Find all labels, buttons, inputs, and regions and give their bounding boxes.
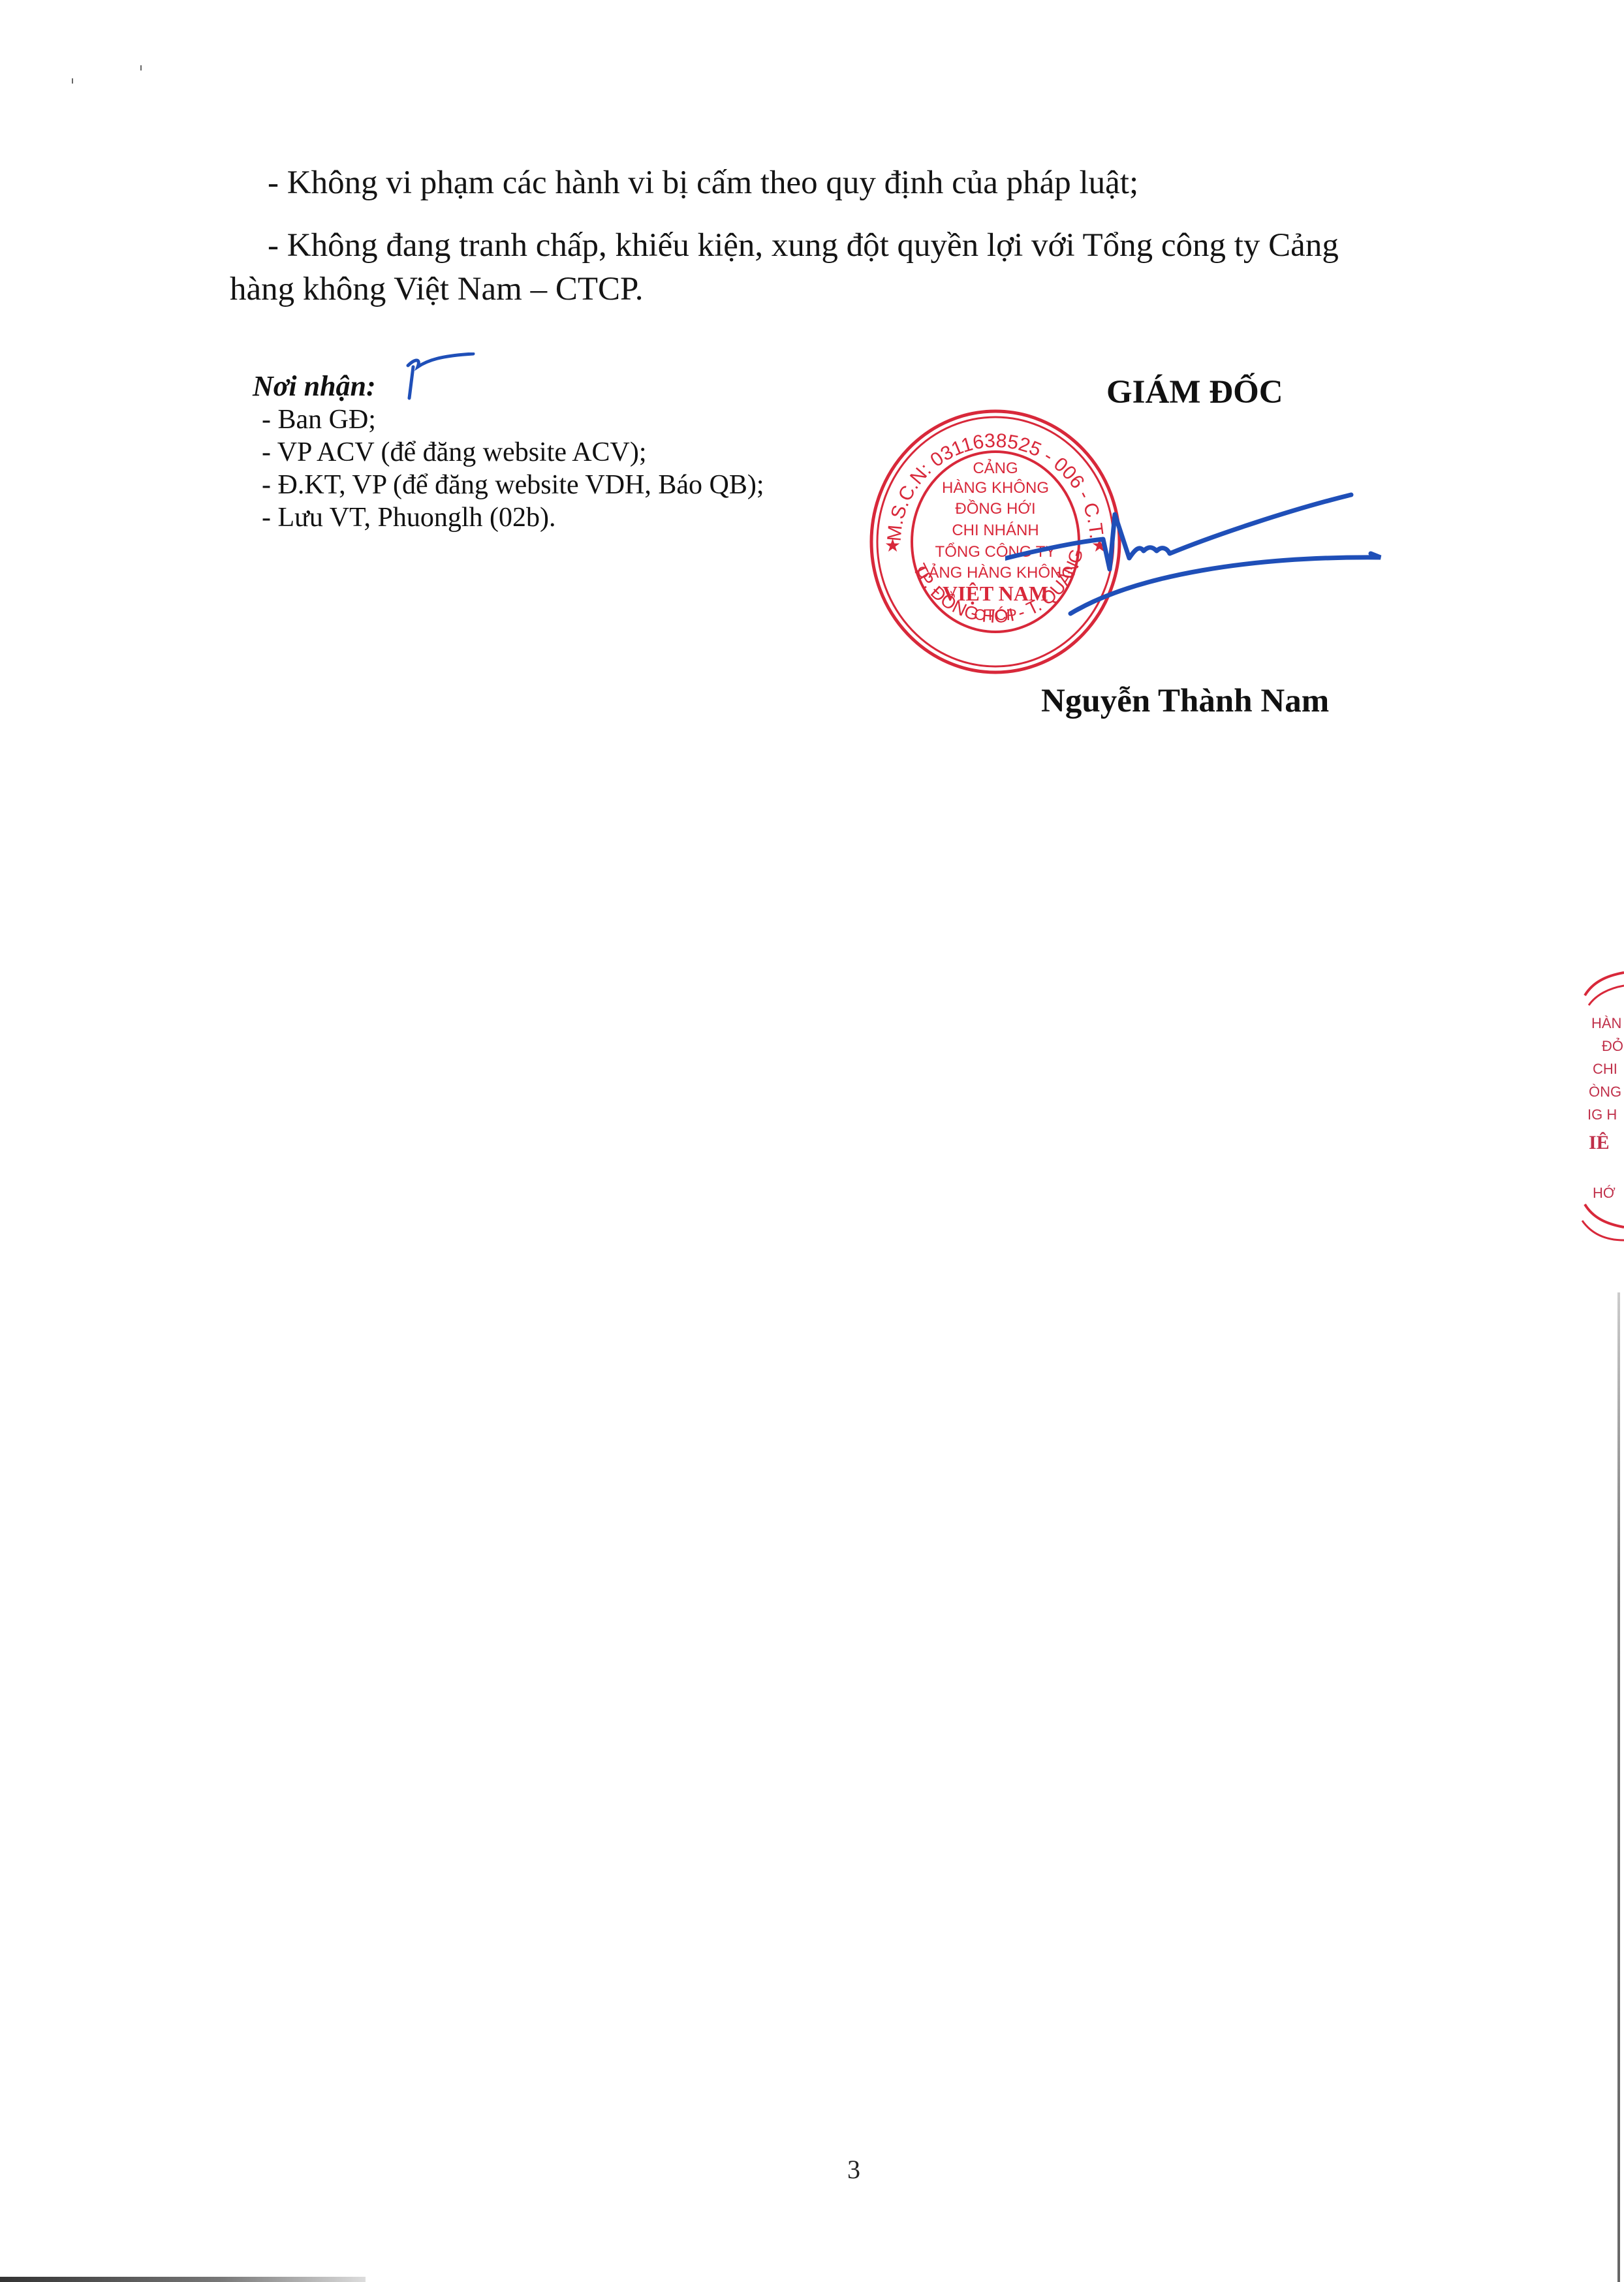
initials-mark-icon bbox=[395, 352, 480, 405]
recipients-block: Nơi nhận: - Ban GĐ; - VP ACV (để đăng we… bbox=[253, 370, 764, 534]
recipient-item: - VP ACV (để đăng website ACV); bbox=[253, 436, 764, 469]
svg-text:IG H: IG H bbox=[1587, 1106, 1617, 1123]
svg-text:ÒNG: ÒNG bbox=[1589, 1084, 1621, 1100]
page-number: 3 bbox=[847, 2154, 860, 2185]
paragraph-no-dispute: - Không đang tranh chấp, khiếu kiện, xun… bbox=[268, 223, 1514, 268]
svg-text:★: ★ bbox=[884, 536, 901, 556]
recipients-title: Nơi nhận: bbox=[253, 370, 376, 402]
scan-edge-bottom bbox=[0, 2277, 366, 2282]
signer-name: Nguyễn Thành Nam bbox=[1041, 682, 1329, 720]
scan-speck bbox=[72, 78, 73, 84]
paragraph-no-dispute-cont: hàng không Việt Nam – CTCP. bbox=[230, 267, 644, 311]
recipient-item: - Ban GĐ; bbox=[253, 403, 764, 436]
scan-edge-right bbox=[1617, 1292, 1620, 2282]
svg-text:IÊ: IÊ bbox=[1589, 1132, 1610, 1153]
svg-text:HÀN: HÀN bbox=[1591, 1015, 1621, 1031]
svg-text:HỚ: HỚ bbox=[1593, 1185, 1616, 1201]
scan-speck bbox=[140, 65, 142, 70]
paragraph-no-violation: - Không vi phạm các hành vi bị cấm theo … bbox=[268, 161, 1138, 205]
recipient-item: - Đ.KT, VP (để đăng website VDH, Báo QB)… bbox=[253, 469, 764, 501]
svg-text:CHI: CHI bbox=[1593, 1061, 1617, 1077]
signature-icon bbox=[1005, 483, 1410, 640]
position-title: GIÁM ĐỐC bbox=[1106, 373, 1283, 411]
partial-stamp-icon: HÀN ĐỎ CHI ÒNG IG H IÊ HỚ bbox=[1580, 966, 1624, 1266]
svg-text:CẢNG: CẢNG bbox=[973, 458, 1018, 477]
svg-text:ĐỎ: ĐỎ bbox=[1602, 1038, 1623, 1054]
recipient-item: - Lưu VT, Phuonglh (02b). bbox=[253, 501, 764, 534]
